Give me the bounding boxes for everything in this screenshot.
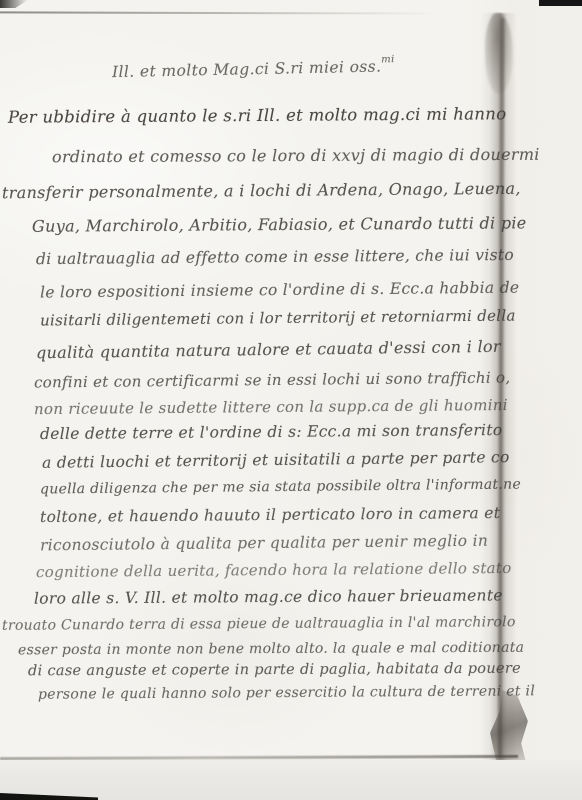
salutation-superscript: mi	[381, 54, 395, 65]
manuscript-line: Guya, Marchirolo, Arbitio, Fabiasio, et …	[32, 213, 527, 235]
right-fold-top-curl	[485, 13, 513, 93]
top-right-corner-mark	[539, 0, 582, 6]
manuscript-line: esser posta in monte non bene molto alto…	[18, 640, 524, 659]
manuscript-line: di case anguste et coperte in parte di p…	[28, 661, 521, 680]
manuscript-line: Per ubbidire à quanto le s.ri Ill. et mo…	[8, 104, 507, 126]
manuscript-line: ordinato et comesso co le loro di xxvj d…	[52, 145, 540, 167]
underlying-page-strip	[0, 760, 582, 800]
manuscript-scan: Ill. et molto Mag.ci S.ri miei oss.mi Pe…	[0, 0, 582, 800]
manuscript-line: loro alle s. V. Ill. et molto mag.ce dic…	[34, 586, 503, 607]
